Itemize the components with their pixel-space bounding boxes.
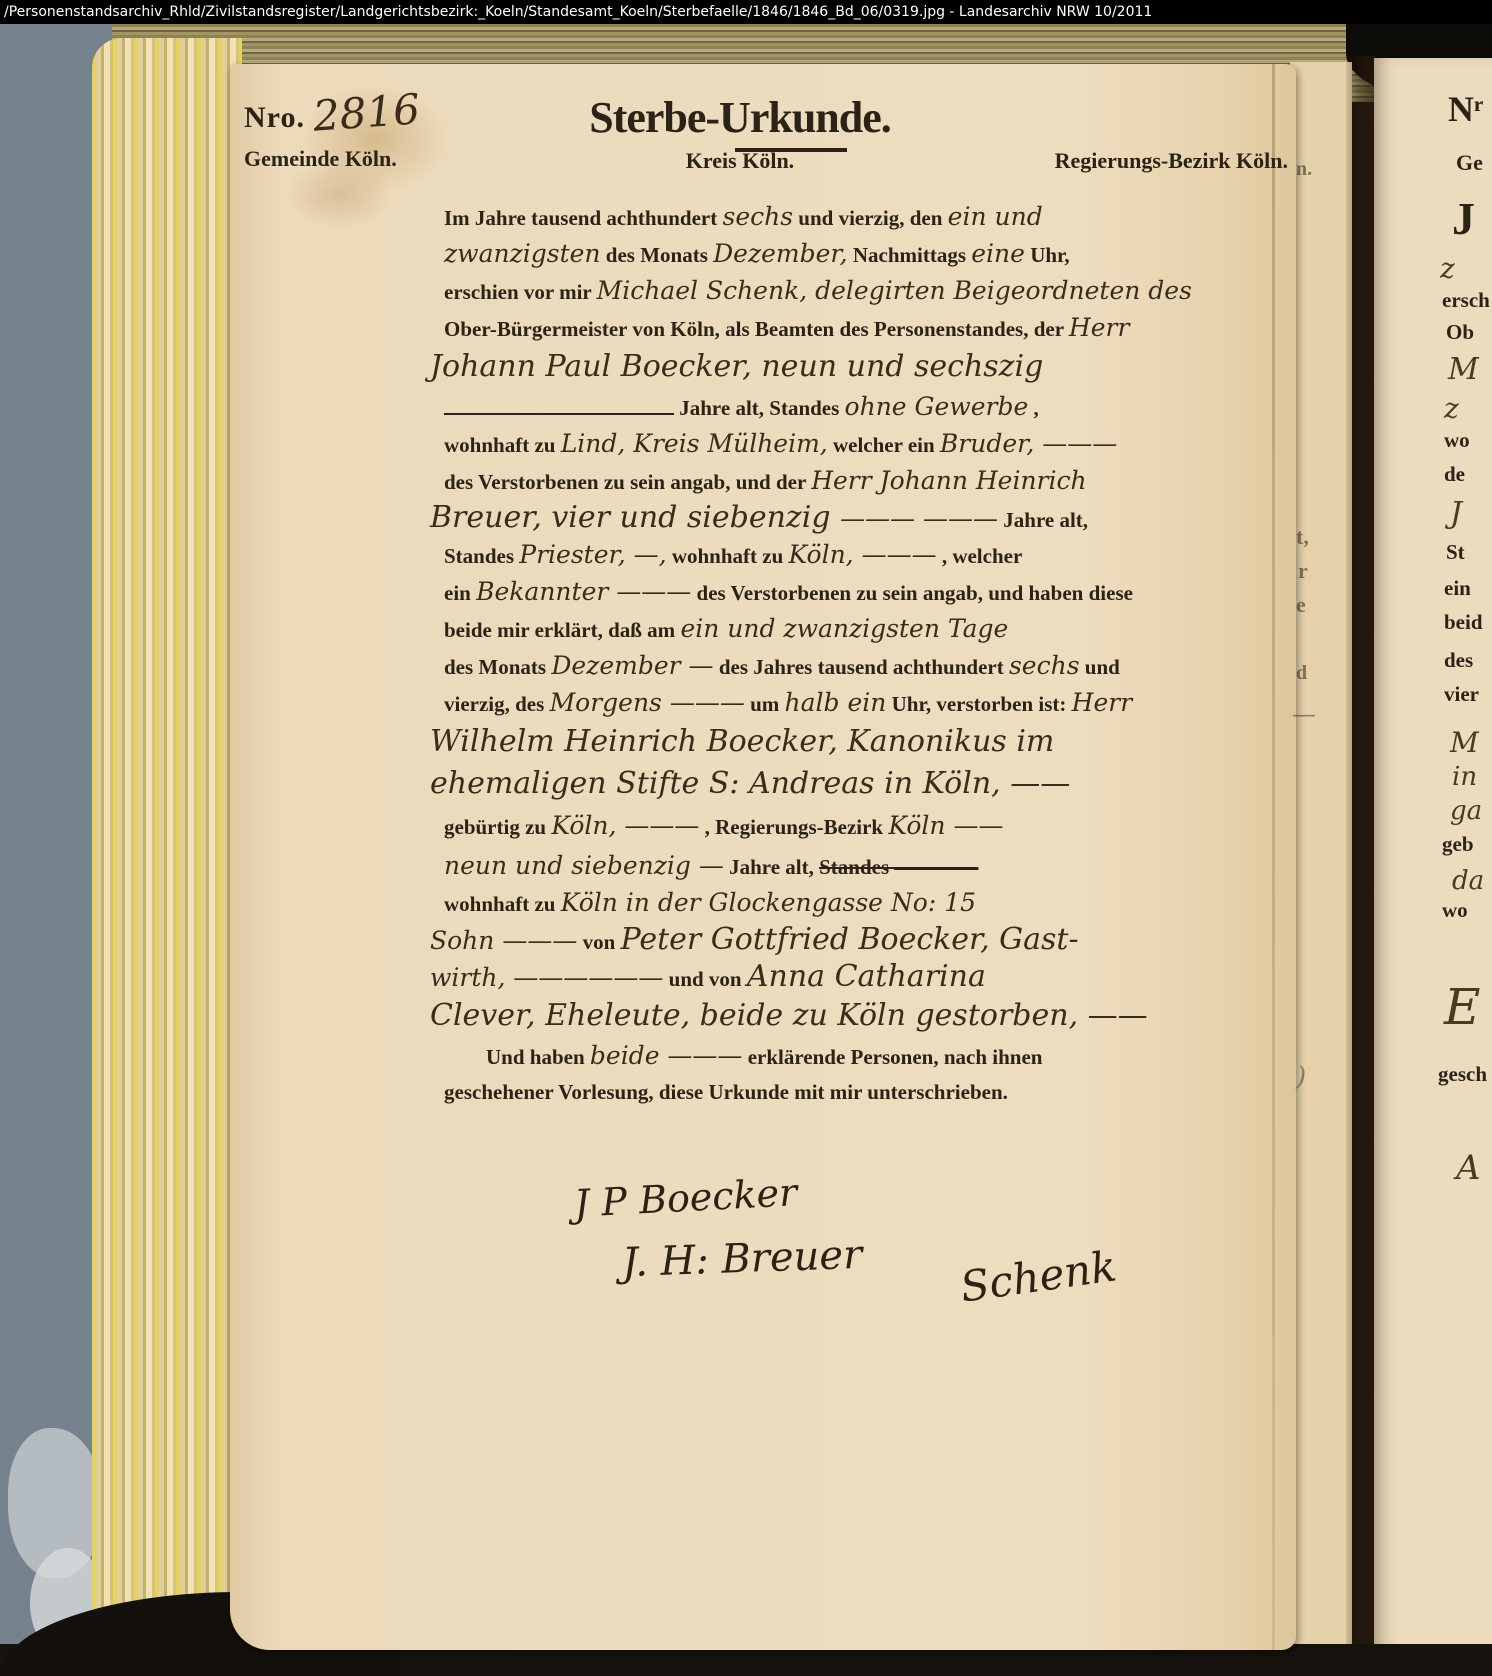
under-page-text-fragment: e xyxy=(1296,592,1306,618)
printed-text: Jahre alt, xyxy=(724,855,819,879)
printed-text: und von xyxy=(663,967,746,991)
next-page-text-fragment: Ob xyxy=(1446,320,1474,345)
handwritten-text: Köln, ——— xyxy=(789,540,937,569)
handwritten-text: neun und siebenzig — xyxy=(444,851,724,880)
next-page-text-fragment: ga xyxy=(1450,796,1482,826)
handwritten-text: Anna Catharina xyxy=(747,959,986,994)
left-page-edge-stack xyxy=(92,38,242,1662)
handwritten-text: wirth, —————— xyxy=(430,963,663,992)
next-page-text-fragment: vier xyxy=(1444,682,1479,707)
text-line: ehemaligen Stifte S: Andreas in Köln, —— xyxy=(430,763,1244,805)
next-page-text-fragment: A xyxy=(1456,1148,1481,1188)
text-line: Standes Priester, —, wohnhaft zu Köln, —… xyxy=(444,536,1244,573)
text-line: des Monats Dezember — des Jahres tausend… xyxy=(444,647,1244,684)
handwritten-text: Clever, Eheleute, beide zu Köln gestorbe… xyxy=(430,998,1148,1033)
text-line: Wilhelm Heinrich Boecker, Kanonikus im xyxy=(430,721,1244,763)
printed-text: geschehener Vorlesung, diese Urkunde mit… xyxy=(444,1080,1008,1104)
next-page-text-fragment: des xyxy=(1444,648,1473,673)
next-page-text-fragment: wo xyxy=(1442,898,1468,923)
handwritten-text: beide ——— xyxy=(590,1041,743,1070)
printed-text: ein xyxy=(444,581,476,605)
signature: Schenk xyxy=(957,1241,1119,1311)
next-page-text-fragment: gesch xyxy=(1438,1062,1487,1087)
handwritten-text: Bruder, ——— xyxy=(940,429,1117,458)
handwritten-text: ehemaligen Stifte S: Andreas in Köln, —— xyxy=(430,766,1070,801)
next-page-text-fragment: Nʳ xyxy=(1448,88,1483,130)
gemeinde-label: Gemeinde Köln. xyxy=(244,146,397,172)
printed-text: Jahre alt, Standes xyxy=(674,396,845,420)
printed-text: Ober-Bürgermeister von Köln, als Beamten… xyxy=(444,317,1069,341)
printed-text: , welcher xyxy=(937,544,1023,568)
handwritten-text: halb ein xyxy=(785,688,887,717)
text-line: ein Bekannter ——— des Verstorbenen zu se… xyxy=(444,573,1244,610)
handwritten-text: ein und xyxy=(948,202,1043,231)
next-page-text-fragment: de xyxy=(1444,462,1465,487)
text-line: Breuer, vier und siebenzig ——— ——— Jahre… xyxy=(430,499,1244,536)
handwritten-text: Priester, —, xyxy=(519,540,666,569)
text-line: des Verstorbenen zu sein angab, und der … xyxy=(444,462,1244,499)
printed-text: um xyxy=(745,692,785,716)
handwritten-text: Johann Paul Boecker, neun und sechszig xyxy=(430,349,1043,384)
viewer-titlebar: /Personenstandsarchiv_Rhld/Zivilstandsre… xyxy=(0,0,1492,24)
kreis-label: Kreis Köln. xyxy=(520,148,960,174)
screenshot-stage: /Personenstandsarchiv_Rhld/Zivilstandsre… xyxy=(0,0,1492,1676)
file-path-text: /Personenstandsarchiv_Rhld/Zivilstandsre… xyxy=(4,4,1152,20)
printed-text: gebürtig zu xyxy=(444,815,551,839)
handwritten-text: Herr xyxy=(1072,688,1133,717)
handwritten-text: Morgens ——— xyxy=(550,688,745,717)
printed-text: Im Jahre tausend achthundert xyxy=(444,206,722,230)
handwritten-text: Lind, Kreis Mülheim, xyxy=(561,429,828,458)
handwritten-text: Köln —— xyxy=(888,811,1003,840)
next-page-text-fragment: z xyxy=(1444,392,1459,425)
signature: J. H: Breuer xyxy=(621,1232,863,1286)
printed-text: und xyxy=(1080,655,1120,679)
handwritten-text: Köln, ——— xyxy=(551,811,699,840)
next-page-text-fragment: J xyxy=(1452,192,1475,245)
handwritten-text: Herr xyxy=(1069,313,1130,342)
text-line: wohnhaft zu Lind, Kreis Mülheim, welcher… xyxy=(444,425,1244,462)
handwritten-text: sechs xyxy=(722,202,793,231)
next-page-text-fragment: wo xyxy=(1444,428,1470,453)
next-page-text-fragment: in xyxy=(1452,762,1477,792)
printed-text: des Verstorbenen zu sein angab, und habe… xyxy=(691,581,1133,605)
book-gutter-shadow xyxy=(1346,56,1376,1660)
handwritten-text: Bekannter ——— xyxy=(476,577,691,606)
text-line: geschehener Vorlesung, diese Urkunde mit… xyxy=(444,1074,1244,1111)
text-line: wirth, —————— und von Anna Catharina xyxy=(430,958,1244,995)
next-page-text-fragment: E xyxy=(1444,978,1481,1036)
next-page-text-fragment: M xyxy=(1448,352,1479,387)
printed-text: des Monats xyxy=(444,655,551,679)
printed-text: welcher ein xyxy=(828,433,940,457)
text-line: Und haben beide ——— erklärende Personen,… xyxy=(444,1037,1244,1074)
next-page-text-fragment: Ge xyxy=(1456,150,1483,176)
under-page-text-fragment: t, xyxy=(1296,524,1309,550)
printed-text: Standes ———— xyxy=(819,855,978,879)
printed-text: des Jahres tausend achthundert xyxy=(714,655,1009,679)
printed-text: Nach​mittags xyxy=(848,243,972,267)
under-page-text-fragment: d xyxy=(1296,662,1307,685)
handwritten-text: ——— ——— xyxy=(840,504,998,533)
next-page-text-fragment: da xyxy=(1452,866,1484,896)
next-page-text-fragment: M xyxy=(1450,726,1479,759)
next-page-text-fragment: St xyxy=(1446,540,1465,565)
printed-text: Und haben xyxy=(486,1045,590,1069)
handwritten-text: Peter Gottfried Boecker, Gast- xyxy=(621,922,1079,957)
printed-text: wohnhaft zu xyxy=(667,544,789,568)
handwritten-text: Breuer, vier und siebenzig xyxy=(430,500,840,535)
under-page-sliver xyxy=(1290,62,1352,1654)
next-page-text-fragment: geb xyxy=(1442,832,1474,857)
under-page-text-fragment: ) xyxy=(1296,1062,1306,1092)
handwritten-text: ein und zwanzigsten Tage xyxy=(680,614,1008,643)
text-line: wohnhaft zu Köln in der Glockengasse No:… xyxy=(444,884,1244,921)
printed-text: , Regierungs-Bezirk xyxy=(699,815,888,839)
printed-text: von xyxy=(577,930,620,954)
handwritten-text: sechs xyxy=(1009,651,1080,680)
handwritten-text: Dezember, xyxy=(713,239,847,268)
text-line: Ober-Bürgermeister von Köln, als Beamten… xyxy=(444,309,1244,346)
document-title: Sterbe-Urkunde. xyxy=(520,92,960,143)
handwritten-text: eine xyxy=(971,239,1025,268)
record-number-label: Nro. xyxy=(244,101,305,134)
text-line: Clever, Eheleute, beide zu Köln gestorbe… xyxy=(430,995,1244,1037)
printed-text: erschien vor mir xyxy=(444,280,597,304)
handwritten-text: Michael Schenk, delegirten Beigeordneten… xyxy=(597,276,1192,305)
signature: J P Boecker xyxy=(573,1170,798,1226)
text-line: erschien vor mir Michael Schenk, delegir… xyxy=(444,272,1244,309)
text-line: Im Jahre tausend achthundert sechs und v… xyxy=(444,198,1244,235)
under-page-text-fragment: n. xyxy=(1296,158,1312,181)
under-page-text-fragment: — xyxy=(1292,700,1316,728)
bezirk-label: Regierungs-Bezirk Köln. xyxy=(988,148,1288,174)
next-page-text-fragment: ersch xyxy=(1442,288,1490,313)
printed-text: des Monats xyxy=(601,243,714,267)
under-page-text-fragment: r xyxy=(1298,558,1308,584)
text-line: Johann Paul Boecker, neun und sechszig xyxy=(430,346,1244,388)
text-line: gebürtig zu Köln, ——— , Regierungs-Bezir… xyxy=(444,805,1244,847)
record-number: Nro.2816 xyxy=(244,88,420,137)
printed-text: Jahre alt, xyxy=(998,508,1088,532)
handwritten-text: zwanzigsten xyxy=(444,239,601,268)
text-line: vierzig, des Morgens ——— um halb ein Uhr… xyxy=(444,684,1244,721)
handwritten-text: Köln in der Glockengasse No: 15 xyxy=(561,888,976,917)
handwritten-text: ohne Gewerbe xyxy=(845,392,1029,421)
handwritten-text: Dezember — xyxy=(551,651,713,680)
text-line: zwanzigsten des Monats Dezember, Nach​mi… xyxy=(444,235,1244,272)
printed-text: , xyxy=(1028,396,1039,420)
text-line: Sohn ——— von Peter Gottfried Boecker, Ga… xyxy=(430,921,1244,958)
next-page-text-fragment: beid xyxy=(1444,610,1483,635)
certificate-page: Nro.2816 Sterbe-Urkunde. Gemeinde Köln. … xyxy=(230,64,1296,1650)
printed-text: des Verstorbenen zu sein angab, und der xyxy=(444,470,811,494)
handwritten-text: Herr Johann Heinrich xyxy=(811,466,1086,495)
printed-text: vierzig, des xyxy=(444,692,550,716)
printed-text: erklärende Personen, nach ihnen xyxy=(742,1045,1042,1069)
handwritten-text: Sohn ——— xyxy=(430,926,577,955)
printed-text: Uhr, xyxy=(1025,243,1070,267)
printed-text: und vierzig, den xyxy=(793,206,948,230)
printed-text: Uhr, verstorben ist: xyxy=(886,692,1071,716)
blank-rule xyxy=(444,404,674,415)
text-line: neun und siebenzig — Jahre alt, Standes … xyxy=(444,847,1244,884)
text-line: beide mir erklärt, daß am ein und zwanzi… xyxy=(444,610,1244,647)
printed-text: beide mir erklärt, daß am xyxy=(444,618,680,642)
printed-text: wohnhaft zu xyxy=(444,433,561,457)
next-page-text-fragment: J xyxy=(1450,496,1462,531)
next-page-text-fragment: ein xyxy=(1444,576,1471,601)
record-number-value: 2816 xyxy=(311,84,421,140)
printed-text: wohnhaft zu xyxy=(444,892,561,916)
text-line: Jahre alt, Standes ohne Gewerbe , xyxy=(444,388,1244,425)
handwritten-text: Wilhelm Heinrich Boecker, Kanonikus im xyxy=(430,724,1054,759)
next-page-text-fragment: z xyxy=(1440,252,1455,285)
printed-text: Standes xyxy=(444,544,519,568)
page-crease xyxy=(1272,64,1275,1650)
certificate-body-text: Im Jahre tausend achthundert sechs und v… xyxy=(444,198,1244,1111)
